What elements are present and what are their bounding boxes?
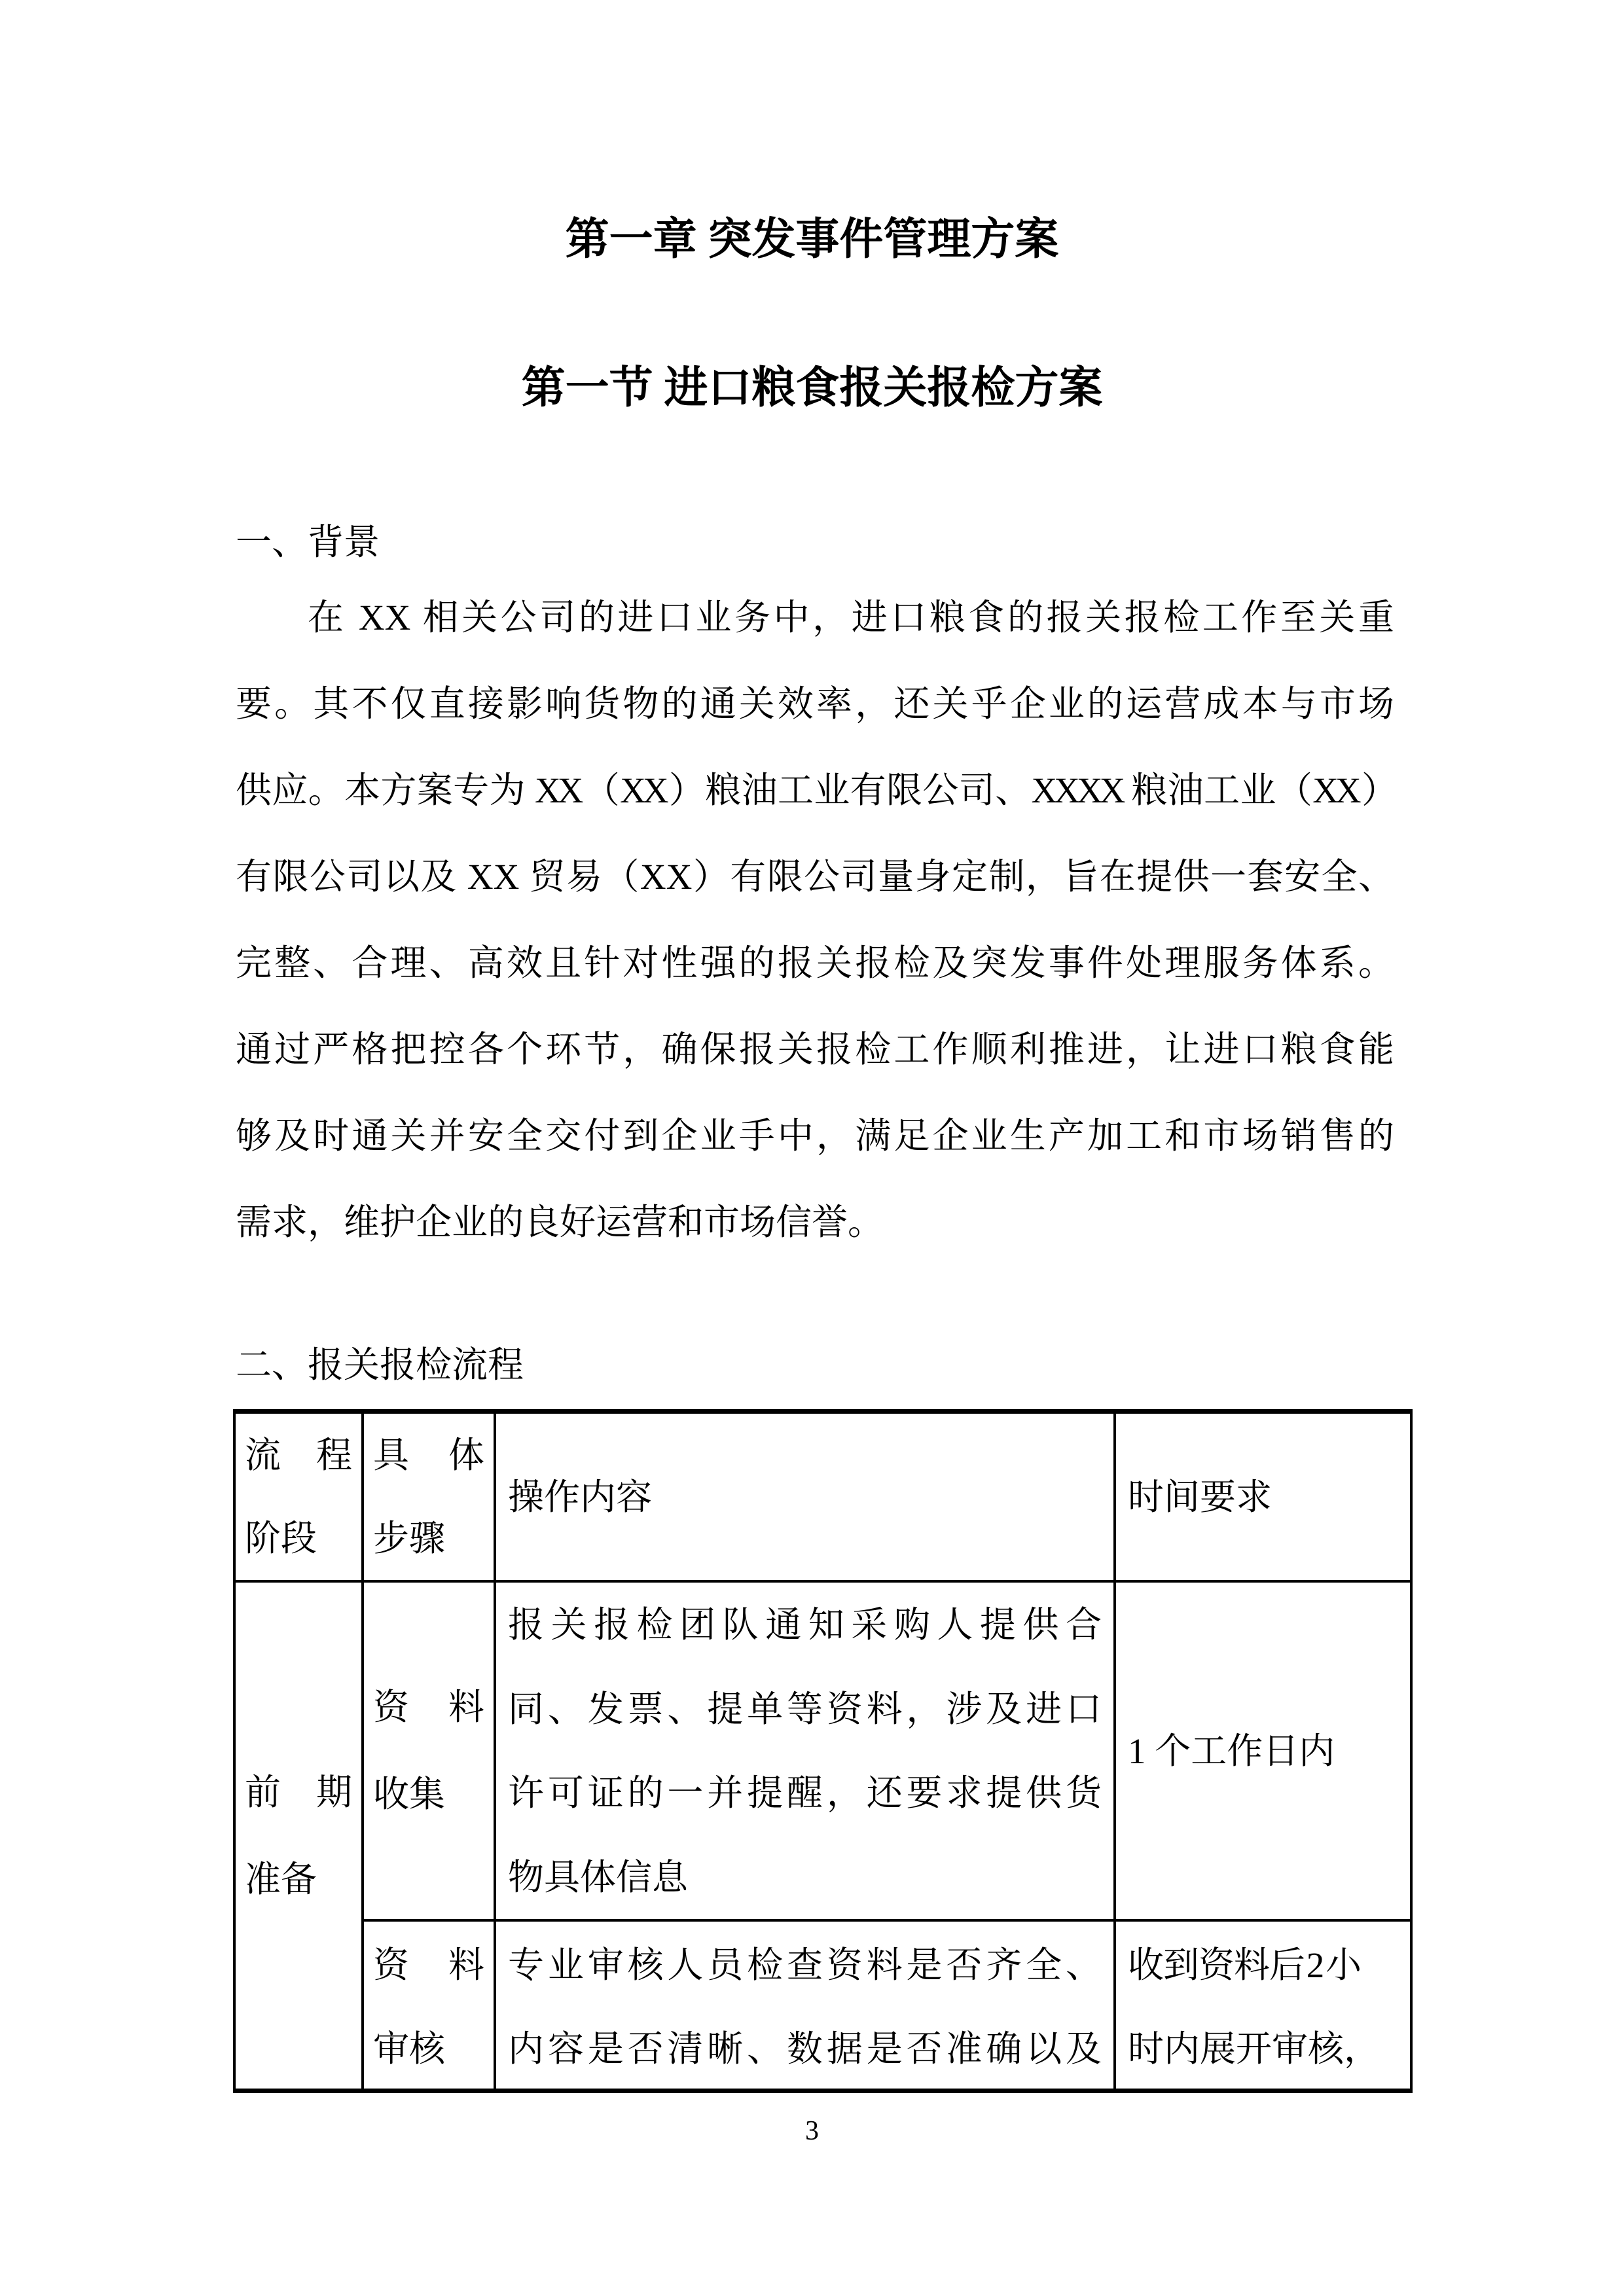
chapter-title: 第一章 突发事件管理方案: [0, 208, 1624, 271]
cell-time-review: 收到资料后 2 小 时内展开审核，: [1116, 1922, 1410, 2089]
paragraph-line: 在 XX 相关公司的进口业务中，进口粮食的报关报检工作至关重: [236, 575, 1394, 661]
header-cell-time: 时间要求: [1116, 1414, 1410, 1583]
header-step-line2: 步骤: [373, 1497, 484, 1580]
time-line: 收到资料后 2 小: [1128, 1922, 1398, 2005]
paragraph-line: 供应。本方案专为 XX（XX）粮油工业有限公司、XXXX 粮油工业（XX）: [236, 747, 1394, 834]
stage-line1: 前期: [245, 1749, 352, 1836]
process-table: 流程 阶段 具体 步骤 操作内容 时间要求 前期 准备 资料 收集 报关报检团队…: [233, 1409, 1413, 2093]
paragraph-line: 完整、合理、高效且针对性强的报关报检及突发事件处理服务体系。: [236, 920, 1394, 1007]
header-cell-stage: 流程 阶段: [236, 1414, 364, 1583]
document-page: 第一章 突发事件管理方案 第一节 进口粮食报关报检方案 一、背景 在 XX 相关…: [0, 0, 1624, 2296]
content-line: 同、发票、提单等资料，涉及进口: [508, 1667, 1102, 1751]
step-line2: 审核: [373, 2005, 484, 2089]
background-paragraph: 在 XX 相关公司的进口业务中，进口粮食的报关报检工作至关重 要。其不仅直接影响…: [236, 575, 1394, 1266]
header-stage-line1: 流程: [245, 1414, 352, 1497]
header-cell-content: 操作内容: [496, 1414, 1116, 1583]
paragraph-line: 需求，维护企业的良好运营和市场信誉。: [236, 1179, 1394, 1266]
paragraph-line: 够及时通关并安全交付到企业手中，满足企业生产加工和市场销售的: [236, 1093, 1394, 1179]
section-title: 第一节 进口粮食报关报检方案: [0, 357, 1624, 420]
step-line1: 资料: [373, 1922, 484, 2005]
page-number: 3: [0, 2113, 1624, 2149]
header-stage-line2: 阶段: [245, 1497, 352, 1580]
time-line: 1 个工作日内: [1128, 1708, 1398, 1795]
content-line: 内容是否清晰、数据是否准确以及: [508, 2005, 1102, 2089]
cell-content-review: 专业审核人员检查资料是否齐全、 内容是否清晰、数据是否准确以及: [496, 1922, 1116, 2089]
content-line: 物具体信息: [508, 1835, 1102, 1920]
content-line: 许可证的一并提醒，还要求提供货: [508, 1751, 1102, 1835]
content-line: 报关报检团队通知采购人提供合: [508, 1583, 1102, 1667]
cell-time-collect: 1 个工作日内: [1116, 1583, 1410, 1922]
cell-step-review: 资料 审核: [364, 1922, 496, 2089]
process-heading: 二、报关报检流程: [236, 1322, 524, 1408]
content-line: 专业审核人员检查资料是否齐全、: [508, 1922, 1102, 2005]
step-line1: 资料: [373, 1664, 484, 1751]
background-heading: 一、背景: [236, 499, 380, 586]
header-step-line1: 具体: [373, 1414, 484, 1497]
step-line2: 收集: [373, 1751, 484, 1838]
paragraph-line: 通过严格把控各个环节，确保报关报检工作顺利推进，让进口粮食能: [236, 1007, 1394, 1093]
paragraph-line: 要。其不仅直接影响货物的通关效率，还关乎企业的运营成本与市场: [236, 661, 1394, 747]
cell-stage-preparation: 前期 准备: [236, 1583, 364, 2089]
paragraph-line: 有限公司以及 XX 贸易（XX）有限公司量身定制，旨在提供一套安全、: [236, 834, 1394, 920]
cell-content-collect: 报关报检团队通知采购人提供合 同、发票、提单等资料，涉及进口 许可证的一并提醒，…: [496, 1583, 1116, 1922]
cell-step-collect: 资料 收集: [364, 1583, 496, 1922]
stage-line2: 准备: [245, 1836, 352, 1923]
time-line: 时内展开审核，: [1128, 2005, 1398, 2089]
header-time-label: 时间要求: [1128, 1456, 1398, 1539]
header-content-label: 操作内容: [508, 1456, 1102, 1539]
header-cell-step: 具体 步骤: [364, 1414, 496, 1583]
